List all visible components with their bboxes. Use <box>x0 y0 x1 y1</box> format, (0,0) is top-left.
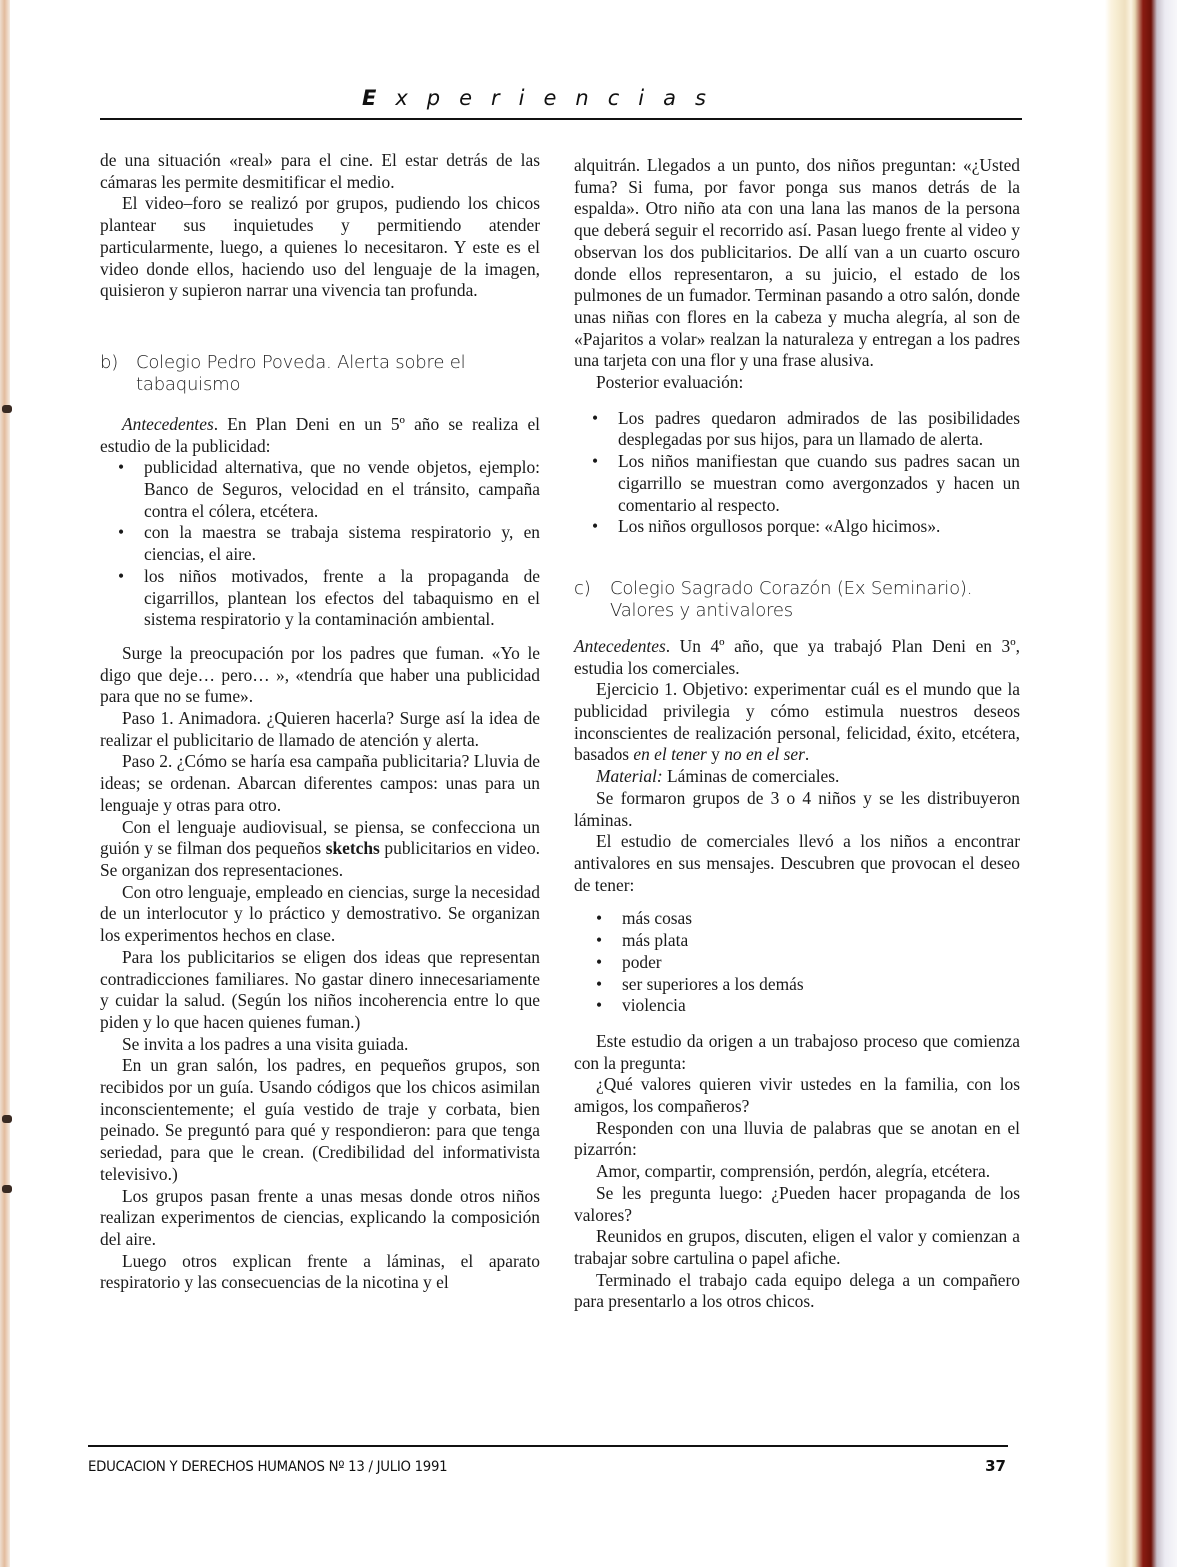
left-binding-edge <box>0 0 10 1567</box>
paragraph: Se invita a los padres a una visita guia… <box>100 1034 540 1056</box>
list-item: ser superiores a los demás <box>622 974 1020 996</box>
section-b-heading: b)Colegio Pedro Poveda. Alerta sobre el … <box>100 352 540 396</box>
antecedentes-paragraph: Antecedentes. Un 4º año, que ya trabajó … <box>574 636 1020 679</box>
paragraph: Responden con una lluvia de palabras que… <box>574 1118 1020 1161</box>
staple-mark <box>2 1115 12 1123</box>
paragraph: Se les pregunta luego: ¿Pueden hacer pro… <box>574 1183 1020 1226</box>
section-title-text: Colegio Sagrado Corazón (Ex Seminario). … <box>610 578 972 621</box>
paragraph: Reunidos en grupos, discuten, eligen el … <box>574 1226 1020 1269</box>
header-rule <box>100 118 1022 120</box>
list-item: más plata <box>622 930 1020 952</box>
paragraph: Con otro lenguaje, empleado en ciencias,… <box>100 882 540 947</box>
page-footer: EDUCACION Y DERECHOS HUMANOS Nº 13 / JUL… <box>88 1445 1008 1447</box>
right-column: alquitrán. Llegados a un punto, dos niño… <box>574 155 1020 1313</box>
list-item: con la maestra se trabaja sistema respir… <box>144 522 540 565</box>
antivalores-list: más cosas más plata poder ser superiores… <box>574 908 1020 1017</box>
text-run: y <box>707 744 724 764</box>
paragraph: En un gran salón, los padres, en pequeño… <box>100 1055 540 1185</box>
bold-term: sketchs <box>326 838 380 858</box>
bullet-list: publicidad alternativa, que no vende obj… <box>100 457 540 631</box>
paragraph: Se formaron grupos de 3 o 4 niños y se l… <box>574 788 1020 831</box>
publication-info: EDUCACION Y DERECHOS HUMANOS Nº 13 / JUL… <box>88 1459 447 1475</box>
paragraph: Con el lenguaje audiovisual, se piensa, … <box>100 817 540 882</box>
material-label: Material: <box>596 766 663 786</box>
list-item: Los padres quedaron admirados de las pos… <box>618 408 1020 451</box>
material-text: Láminas de comerciales. <box>663 766 840 786</box>
section-title: Experiencias <box>362 86 725 110</box>
emphasis: en el tener <box>633 744 706 764</box>
section-letter: c) <box>574 578 610 600</box>
footer-rule <box>88 1445 1008 1447</box>
paragraph: ¿Qué valores quieren vivir ustedes en la… <box>574 1074 1020 1117</box>
page-number: 37 <box>985 1457 1006 1475</box>
list-item: violencia <box>622 995 1020 1017</box>
section-title-initial: E <box>362 86 395 110</box>
material-paragraph: Material: Láminas de comerciales. <box>574 766 1020 788</box>
list-item: poder <box>622 952 1020 974</box>
section-c-heading: c)Colegio Sagrado Corazón (Ex Seminario)… <box>574 578 1020 622</box>
paragraph: El video–foro se realizó por grupos, pud… <box>100 193 540 302</box>
list-item: Los niños manifiestan que cuando sus pad… <box>618 451 1020 516</box>
staple-mark <box>2 405 12 413</box>
paragraph: Paso 1. Animadora. ¿Quieren hacerla? Sur… <box>100 708 540 751</box>
paragraph: Los grupos pasan frente a unas mesas don… <box>100 1186 540 1251</box>
paragraph: Para los publicitarios se eligen dos ide… <box>100 947 540 1034</box>
list-item: los niños motivados, frente a la propaga… <box>144 566 540 631</box>
list-item: Los niños orgullosos porque: «Algo hicim… <box>618 516 1020 538</box>
paragraph: Ejercicio 1. Objetivo: experimentar cuál… <box>574 679 1020 766</box>
section-letter: b) <box>100 352 136 374</box>
evaluation-list: Los padres quedaron admirados de las pos… <box>574 408 1020 538</box>
text-run: . <box>805 744 809 764</box>
section-title-rest: xperiencias <box>395 86 725 110</box>
antecedentes-label: Antecedentes <box>574 636 666 656</box>
paragraph: Amor, compartir, comprensión, perdón, al… <box>574 1161 1020 1183</box>
paragraph: Luego otros explican frente a láminas, e… <box>100 1251 540 1294</box>
paragraph: de una situación «real» para el cine. El… <box>100 150 540 193</box>
staple-mark <box>2 1185 12 1193</box>
section-title-text: Colegio Pedro Poveda. Alerta sobre el ta… <box>136 352 465 395</box>
paragraph: Este estudio da origen a un trabajoso pr… <box>574 1031 1020 1074</box>
paragraph: Terminado el trabajo cada equipo delega … <box>574 1270 1020 1313</box>
paragraph: Surge la preocupación por los padres que… <box>100 643 540 708</box>
emphasis: no en el ser <box>724 744 805 764</box>
left-column: de una situación «real» para el cine. El… <box>100 150 540 1294</box>
section-header: Experiencias <box>100 84 1022 120</box>
list-item: publicidad alternativa, que no vende obj… <box>144 457 540 522</box>
antecedentes-paragraph: Antecedentes. En Plan Deni en un 5º año … <box>100 414 540 457</box>
paragraph: Posterior evaluación: <box>574 372 1020 394</box>
paragraph: El estudio de comerciales llevó a los ni… <box>574 831 1020 896</box>
antecedentes-label: Antecedentes <box>122 414 214 434</box>
right-book-edge <box>1105 0 1177 1567</box>
paragraph: alquitrán. Llegados a un punto, dos niño… <box>574 155 1020 372</box>
paragraph: Paso 2. ¿Cómo se haría esa campaña publi… <box>100 751 540 816</box>
list-item: más cosas <box>622 908 1020 930</box>
